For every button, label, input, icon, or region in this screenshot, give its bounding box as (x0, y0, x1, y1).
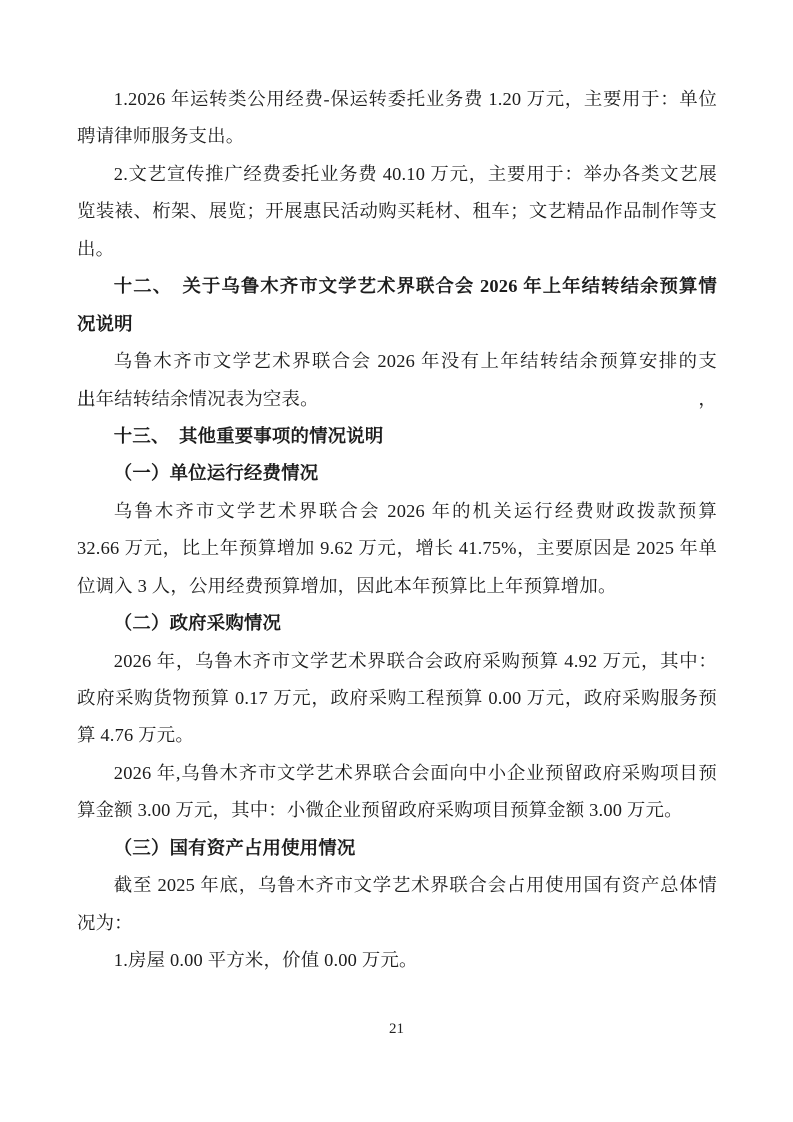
body-text-line: 32.66 万元，比上年预算增加 9.62 万元，增长 41.75%，主要原因是… (77, 530, 717, 567)
document-page: 1.2026 年运转类公用经费-保运转委托业务费 1.20 万元，主要用于：单位… (0, 0, 793, 1122)
body-text-line: 政府采购货物预算 0.17 万元，政府采购工程预算 0.00 万元，政府采购服务… (77, 680, 717, 717)
body-text-line: 算金额 3.00 万元，其中：小微企业预留政府采购项目预算金额 3.00 万元。 (77, 792, 717, 829)
section-heading-line: （三）国有资产占用使用情况 (77, 830, 717, 867)
section-heading-line: 十二、 关于乌鲁木齐市文学艺术界联合会 2026 年上年结转结余预算情 (77, 268, 717, 305)
body-text-line: 1.2026 年运转类公用经费-保运转委托业务费 1.20 万元，主要用于：单位 (77, 81, 717, 118)
body-text-line: 截至 2025 年底，乌鲁木齐市文学艺术界联合会占用使用国有资产总体情 (77, 867, 717, 904)
body-text-line: 乌鲁木齐市文学艺术界联合会 2026 年的机关运行经费财政拨款预算 (77, 493, 717, 530)
body-text-line: 2.文艺宣传推广经费委托业务费 40.10 万元，主要用于：举办各类文艺展 (77, 156, 717, 193)
section-heading-line: （二）政府采购情况 (77, 605, 717, 642)
body-text-line: 1.房屋 0.00 平方米，价值 0.00 万元。 (77, 942, 717, 979)
body-text-line: 览装裱、桁架、展览；开展惠民活动购买耗材、租车；文艺精品作品制作等支 (77, 193, 717, 230)
body-text-line: 2026 年,乌鲁木齐市文学艺术界联合会面向中小企业预留政府采购项目预 (77, 755, 717, 792)
body-text-line: 位调入 3 人，公用经费预算增加，因此本年预算比上年预算增加。 (77, 568, 717, 605)
body-text-line: 2026 年，乌鲁木齐市文学艺术界联合会政府采购预算 4.92 万元，其中： (77, 643, 717, 680)
body-text-line: 算 4.76 万元。 (77, 717, 717, 754)
section-heading-line: （一）单位运行经费情况 (77, 455, 717, 492)
section-heading-line: 况说明 (77, 306, 717, 343)
body-text-line: 乌鲁木齐市文学艺术界联合会 2026 年没有上年结转结余预算安排的支出， (77, 343, 717, 380)
body-text-line: 聘请律师服务支出。 (77, 118, 717, 155)
section-heading-line: 十三、 其他重要事项的情况说明 (77, 418, 717, 455)
page-number: 21 (0, 1021, 793, 1038)
body-text-line: 况为： (77, 905, 717, 942)
document-body: 1.2026 年运转类公用经费-保运转委托业务费 1.20 万元，主要用于：单位… (77, 81, 717, 980)
body-text-line: 出。 (77, 231, 717, 268)
